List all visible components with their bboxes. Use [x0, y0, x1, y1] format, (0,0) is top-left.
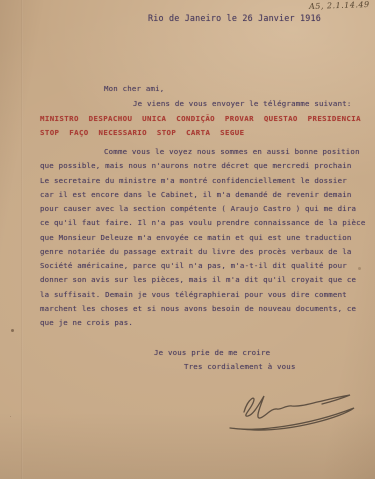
dateline: Rio de Janeiro le 26 Janvier 1916 — [148, 13, 321, 23]
body-line: Comme vous le voyez nous sommes en aussi… — [40, 147, 355, 161]
salutation: Mon cher ami, — [104, 84, 164, 93]
body-line: pour causer avec la section compétente (… — [40, 204, 355, 218]
signature-icon — [222, 386, 370, 444]
paper-stains — [11, 329, 14, 332]
paper-crease — [21, 0, 23, 479]
closing-line-1: Je vous prie de me croire — [154, 348, 270, 357]
body-line: que Monsieur Deleuze m'a envoyée ce mati… — [40, 233, 355, 247]
body-line: Le secretaire du ministre m'a montré con… — [40, 176, 355, 190]
telegram-line-1: MINISTRO DESPACHOU UNICA CONDIÇÃO PROVAR… — [40, 114, 361, 123]
letter-body: Comme vous le voyez nous sommes en aussi… — [40, 147, 355, 332]
body-line: marchent les choses et si nous avons bes… — [40, 304, 355, 318]
body-line: la suffisait. Demain je vous télégraphie… — [40, 290, 355, 304]
body-line: que je ne crois pas. — [40, 318, 355, 332]
body-line: car il est encore dans le Cabinet, il m'… — [40, 190, 355, 204]
body-line: ce qu'il faut faire. Il n'a pas voulu pr… — [40, 218, 355, 232]
body-line: genre notariée du passage extrait du liv… — [40, 247, 355, 261]
body-line: que possible, mais nous n'aurons notre d… — [40, 161, 355, 175]
archive-annotation: A5, 2.1.14.49 — [309, 0, 370, 11]
telegram-line-2: STOP FAÇO NECESSARIO STOP CARTA SEGUE — [40, 128, 244, 137]
body-line: donner son avis sur les pièces, mais il … — [40, 275, 355, 289]
intro-line: Je viens de vous envoyer le télégramme s… — [133, 99, 352, 108]
body-line: Société américaine, parce qu'il n'a pas,… — [40, 261, 355, 275]
letter-page: A5, 2.1.14.49 Rio de Janeiro le 26 Janvi… — [0, 0, 375, 479]
closing-line-2: Tres cordialement à vous — [184, 362, 296, 371]
